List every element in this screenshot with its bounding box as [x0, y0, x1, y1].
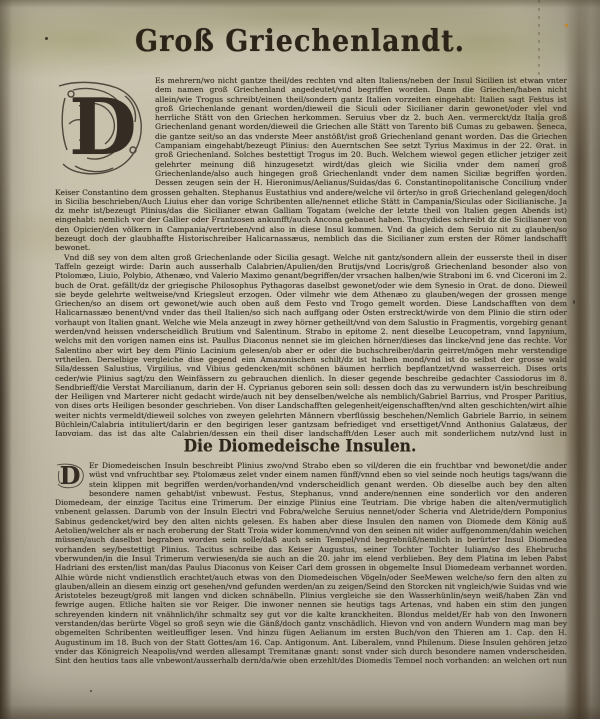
page-edge-left: [0, 0, 12, 719]
page-title: Groß Griechenlandt.: [0, 24, 600, 59]
ornate-initial-small: D: [55, 462, 85, 489]
initial-letter: D: [60, 462, 81, 489]
ornate-initial-woodcut: D: [55, 78, 147, 178]
initial-letter: D: [69, 82, 137, 173]
paragraph-3: Er Diomedeischen Insuln beschreibt Plini…: [55, 461, 567, 663]
book-page-photo: Groß Griechenlandt. D Es mehrern/wo nich…: [0, 0, 600, 719]
paper-crease: [538, 0, 540, 215]
section-diomedes-islands: D Er Diomedeischen Insuln beschreibt Pli…: [55, 461, 567, 663]
paragraph-2: Vnd diß sey von dem alten groß Griechenl…: [55, 253, 567, 436]
ink-speck: [90, 690, 92, 692]
section-greater-greece: D Es mehrern/wo nicht gantze theil/des r…: [55, 76, 567, 436]
orange-speck: [565, 24, 568, 27]
page-edge-bottom: [0, 705, 600, 719]
page-edge-top: [0, 0, 600, 8]
section-heading-diomedes-islands: Die Diomedeische Insulen.: [0, 435, 600, 456]
book-fold-right: [564, 0, 600, 719]
ink-speck: [45, 37, 48, 40]
ink-speck: [573, 300, 575, 304]
